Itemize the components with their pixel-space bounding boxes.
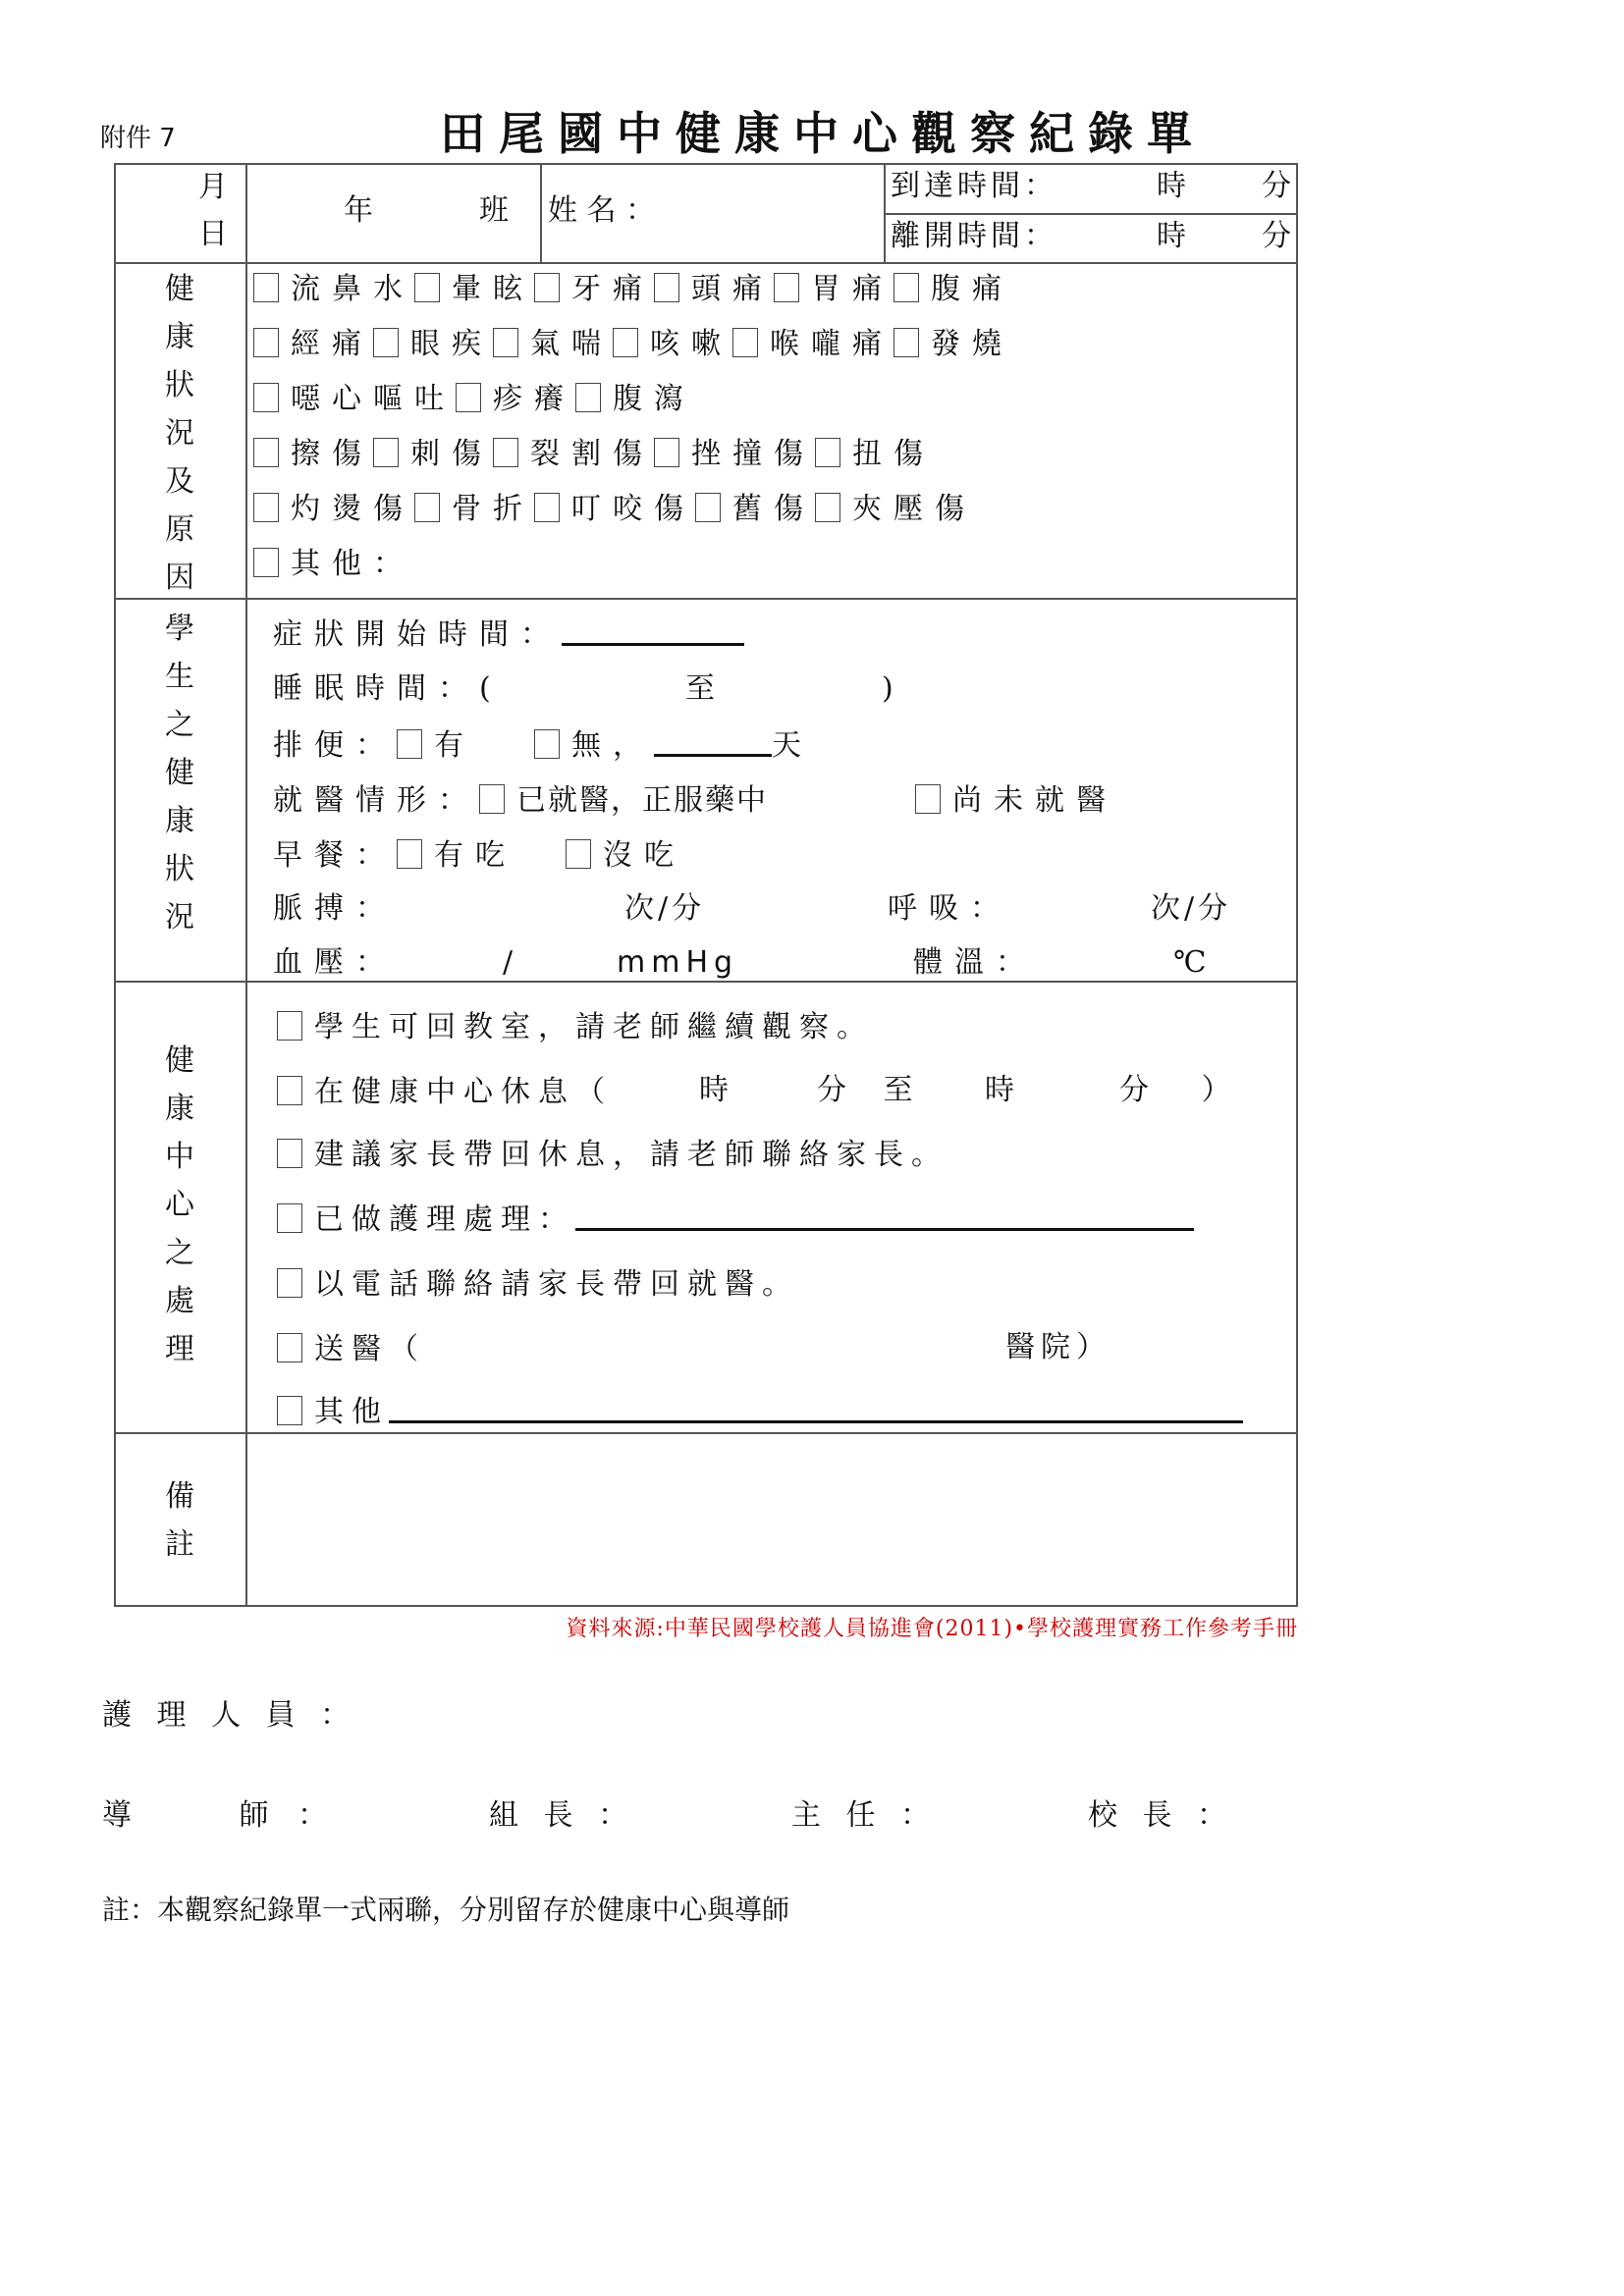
option-label: 有 [434, 728, 475, 763]
medical-not-checkbox[interactable] [915, 784, 941, 814]
bowel-row: 排便：有無，天 [273, 729, 801, 761]
source-citation: 資料來源:中華民國學校護人員協進會(2011)•學校護理實務工作參考手冊 [566, 1612, 1298, 1642]
temp-label: 體溫： [913, 948, 1037, 978]
label-char: 備 [114, 1472, 245, 1521]
treatment-option: 已做護理處理： [277, 1203, 1194, 1235]
label-char: 狀 [114, 845, 245, 893]
option-label: 咳嗽 [650, 327, 732, 361]
medical-label: 就醫情形： [273, 783, 479, 818]
checkbox[interactable] [277, 1396, 302, 1425]
label-char: 學 [114, 605, 245, 653]
checkbox[interactable] [534, 493, 560, 522]
page-title: 田尾國中健康中心觀察紀錄單 [440, 98, 1206, 163]
symptom-start-row: 症狀開始時間： [273, 620, 744, 650]
sleep-close: ) [882, 674, 893, 704]
option-label: 氣喘 [530, 327, 613, 361]
checkbox[interactable] [277, 1011, 302, 1041]
checkbox[interactable] [815, 438, 840, 467]
hospital-suffix: 醫院） [1005, 1333, 1111, 1362]
option-label: 經痛 [291, 327, 373, 361]
treatment-label: 健 康 中 心 之 處 理 [114, 1037, 245, 1373]
bowel-yes-checkbox[interactable] [397, 729, 422, 759]
departure-time-label: 離開時間： [891, 222, 1057, 251]
checkbox[interactable] [695, 493, 721, 522]
option-label: 骨折 [452, 492, 534, 526]
checkbox[interactable] [414, 493, 440, 522]
arrival-hour[interactable]: 時 [1157, 172, 1186, 201]
divider [116, 1432, 1298, 1434]
observation-form-table [114, 163, 1298, 1607]
section-head-signature-label: 組 長 ： [489, 1790, 635, 1834]
class-label: 班 [479, 196, 509, 226]
sleep-row: 睡眠時間：( [273, 674, 503, 704]
divider [884, 165, 886, 262]
treatment-option: 建議家長帶回休息，請老師聯絡家長。 [277, 1139, 948, 1170]
label-char: 心 [114, 1181, 245, 1229]
nurse-signature-label: 護 理 人 員 ： [102, 1690, 357, 1734]
checkbox[interactable] [253, 328, 279, 357]
label-char: 因 [114, 554, 245, 602]
bp-unit: mmHg [617, 948, 738, 978]
footnote: 註：本觀察紀錄單一式兩聯，分別留存於健康中心與導師 [102, 1889, 789, 1928]
label-char: 康 [114, 1085, 245, 1133]
label-char: 況 [114, 893, 245, 941]
treatment-option: 學生可回教室，請老師繼續觀察。 [277, 1011, 874, 1042]
bowel-no-checkbox[interactable] [534, 729, 560, 759]
nursing-treatment-field[interactable] [575, 1228, 1194, 1231]
option-label: 在健康中心休息（ [314, 1075, 613, 1109]
treatment-option: 其他 [277, 1396, 1243, 1427]
checkbox[interactable] [815, 493, 840, 522]
other-treatment-field[interactable] [389, 1420, 1243, 1423]
resp-unit: 次/分 [1151, 894, 1231, 924]
option-label: 叮咬傷 [571, 492, 695, 526]
option-label: 沒吃 [603, 838, 685, 873]
checkbox[interactable] [774, 273, 799, 302]
option-label: 頭痛 [691, 272, 774, 306]
option-label: 學生可回教室，請老師繼續觀察。 [314, 1010, 874, 1044]
medical-not-row: 尚未就醫 [915, 784, 1117, 816]
divider [540, 165, 542, 262]
checkbox[interactable] [456, 383, 481, 412]
option-label: 裂割傷 [530, 437, 654, 471]
arrival-time-label: 到達時間： [891, 172, 1057, 201]
option-label: 已就醫，正服藥中 [516, 783, 768, 818]
breakfast-yes-checkbox[interactable] [397, 839, 422, 869]
option-label: 胃痛 [811, 272, 893, 306]
checkbox[interactable] [654, 273, 679, 302]
option-label: 送醫（ [314, 1332, 426, 1366]
bp-label: 血壓： [273, 948, 397, 978]
pulse-unit: 次/分 [624, 894, 705, 924]
divider [116, 262, 1298, 264]
label-char: 之 [114, 701, 245, 749]
label-char: 理 [114, 1325, 245, 1373]
bowel-label: 排便： [273, 728, 397, 763]
checkbox[interactable] [277, 1076, 302, 1105]
name-field[interactable]: 姓 名 ： [548, 196, 655, 226]
checkbox[interactable] [493, 438, 518, 467]
option-label: 舊傷 [732, 492, 815, 526]
label-char: 中 [114, 1133, 245, 1181]
option-label: 以電話聯絡請家長帶回就醫。 [314, 1267, 799, 1302]
rest-hour-end: 時 [985, 1076, 1014, 1105]
director-signature-label: 主 任 ： [791, 1790, 938, 1834]
symptom-other-row: 其他： [253, 548, 414, 579]
checkbox[interactable] [893, 273, 919, 302]
symptom-row: 經痛眼疾氣喘咳嗽喉嚨痛發燒 [253, 328, 1013, 359]
rest-minute-start: 分 至 [817, 1076, 927, 1105]
option-label: 發燒 [931, 327, 1013, 361]
option-label: 刺傷 [410, 437, 493, 471]
option-label: 擦傷 [291, 437, 373, 471]
checkbox[interactable] [534, 273, 560, 302]
departure-hour[interactable]: 時 [1157, 222, 1186, 251]
label-char: 健 [114, 265, 245, 313]
option-label: 夾壓傷 [852, 492, 976, 526]
medical-row: 就醫情形：已就醫，正服藥中 [273, 784, 768, 816]
rest-minute-end: 分 ） [1119, 1076, 1253, 1105]
arrival-minute[interactable]: 分 [1262, 172, 1291, 201]
day-label: 日 [198, 220, 228, 249]
temp-unit: ℃ [1173, 948, 1207, 978]
checkbox[interactable] [253, 273, 279, 302]
sleep-to: 至 [685, 674, 715, 704]
checkbox[interactable] [373, 438, 399, 467]
checkbox[interactable] [613, 328, 638, 357]
year-label: 年 [344, 196, 373, 226]
label-char: 狀 [114, 361, 245, 409]
divider [884, 213, 1298, 215]
bp-slash: / [503, 948, 513, 978]
label-char: 康 [114, 797, 245, 845]
checkbox[interactable] [253, 493, 279, 522]
checkbox[interactable] [493, 328, 518, 357]
checkbox[interactable] [253, 548, 279, 577]
option-label: 其他 [314, 1395, 389, 1429]
days-label: 天 [772, 728, 801, 763]
option-label: 噁心嘔吐 [291, 382, 456, 416]
rest-hour-start: 時 [699, 1076, 729, 1105]
option-label: 腹痛 [931, 272, 1013, 306]
treatment-option: 在健康中心休息（ [277, 1076, 613, 1107]
sleep-label: 睡眠時間：( [273, 671, 503, 706]
student-health-label: 學 生 之 健 康 狀 況 [114, 605, 245, 941]
option-label: 有吃 [434, 838, 516, 873]
option-label: 挫撞傷 [691, 437, 815, 471]
symptom-start-label: 症狀開始時間： [273, 617, 562, 652]
checkbox[interactable] [414, 273, 440, 302]
symptom-row: 流鼻水暈眩牙痛頭痛胃痛腹痛 [253, 273, 1013, 304]
remarks-field[interactable] [247, 1435, 1294, 1604]
remarks-label: 備 註 [114, 1472, 245, 1569]
option-label: 牙痛 [571, 272, 654, 306]
label-char: 況 [114, 409, 245, 457]
departure-minute[interactable]: 分 [1262, 222, 1291, 251]
option-label: 尚未就醫 [952, 783, 1117, 818]
other-label: 其他： [291, 547, 414, 581]
resp-label: 呼吸： [888, 894, 1011, 924]
label-char: 康 [114, 313, 245, 361]
breakfast-row: 早餐：有吃沒吃 [273, 839, 685, 871]
option-label: 灼燙傷 [291, 492, 414, 526]
checkbox[interactable] [253, 383, 279, 412]
symptom-row: 擦傷刺傷裂割傷挫撞傷扭傷 [253, 438, 935, 469]
month-label: 月 [198, 173, 228, 202]
attachment-number: 附件 7 [100, 118, 176, 154]
label-char: 之 [114, 1229, 245, 1277]
divider [116, 598, 1298, 600]
symptom-start-field[interactable] [562, 643, 744, 646]
checkbox[interactable] [277, 1333, 302, 1362]
checkbox[interactable] [575, 383, 601, 412]
teacher-signature-label: 導 師 ： [102, 1790, 337, 1834]
option-label: 疹癢 [493, 382, 575, 416]
option-label: 建議家長帶回休息，請老師聯絡家長。 [314, 1138, 948, 1172]
medical-done-checkbox[interactable] [479, 784, 505, 814]
label-char: 生 [114, 653, 245, 701]
checkbox[interactable] [277, 1268, 302, 1298]
checkbox[interactable] [277, 1203, 302, 1233]
symptom-row: 噁心嘔吐疹癢腹瀉 [253, 383, 695, 414]
option-label: 已做護理處理： [314, 1202, 575, 1237]
checkbox[interactable] [893, 328, 919, 357]
option-label: 腹瀉 [613, 382, 695, 416]
option-label: 無， [571, 728, 654, 763]
option-label: 扭傷 [852, 437, 935, 471]
divider [116, 981, 1298, 983]
breakfast-label: 早餐： [273, 838, 397, 873]
label-char: 註 [114, 1521, 245, 1569]
option-label: 暈眩 [452, 272, 534, 306]
checkbox[interactable] [277, 1139, 302, 1168]
divider [245, 165, 247, 1607]
option-label: 眼疾 [410, 327, 493, 361]
option-label: 流鼻水 [291, 272, 414, 306]
health-status-label: 健 康 狀 況 及 原 因 [114, 265, 245, 602]
option-label: 喉嚨痛 [770, 327, 893, 361]
breakfast-no-checkbox[interactable] [566, 839, 591, 869]
checkbox[interactable] [654, 438, 679, 467]
label-char: 健 [114, 1037, 245, 1085]
pulse-label: 脈搏： [273, 894, 397, 924]
label-char: 及 [114, 457, 245, 506]
treatment-option: 送醫（ [277, 1333, 426, 1364]
principal-signature-label: 校 長 ： [1088, 1790, 1234, 1834]
bowel-days-field[interactable] [654, 754, 772, 757]
label-char: 健 [114, 749, 245, 797]
label-char: 處 [114, 1277, 245, 1325]
symptom-row: 灼燙傷骨折叮咬傷舊傷夾壓傷 [253, 493, 976, 524]
checkbox[interactable] [253, 438, 279, 467]
label-char: 原 [114, 506, 245, 554]
checkbox[interactable] [373, 328, 399, 357]
checkbox[interactable] [732, 328, 758, 357]
treatment-option: 以電話聯絡請家長帶回就醫。 [277, 1268, 799, 1300]
